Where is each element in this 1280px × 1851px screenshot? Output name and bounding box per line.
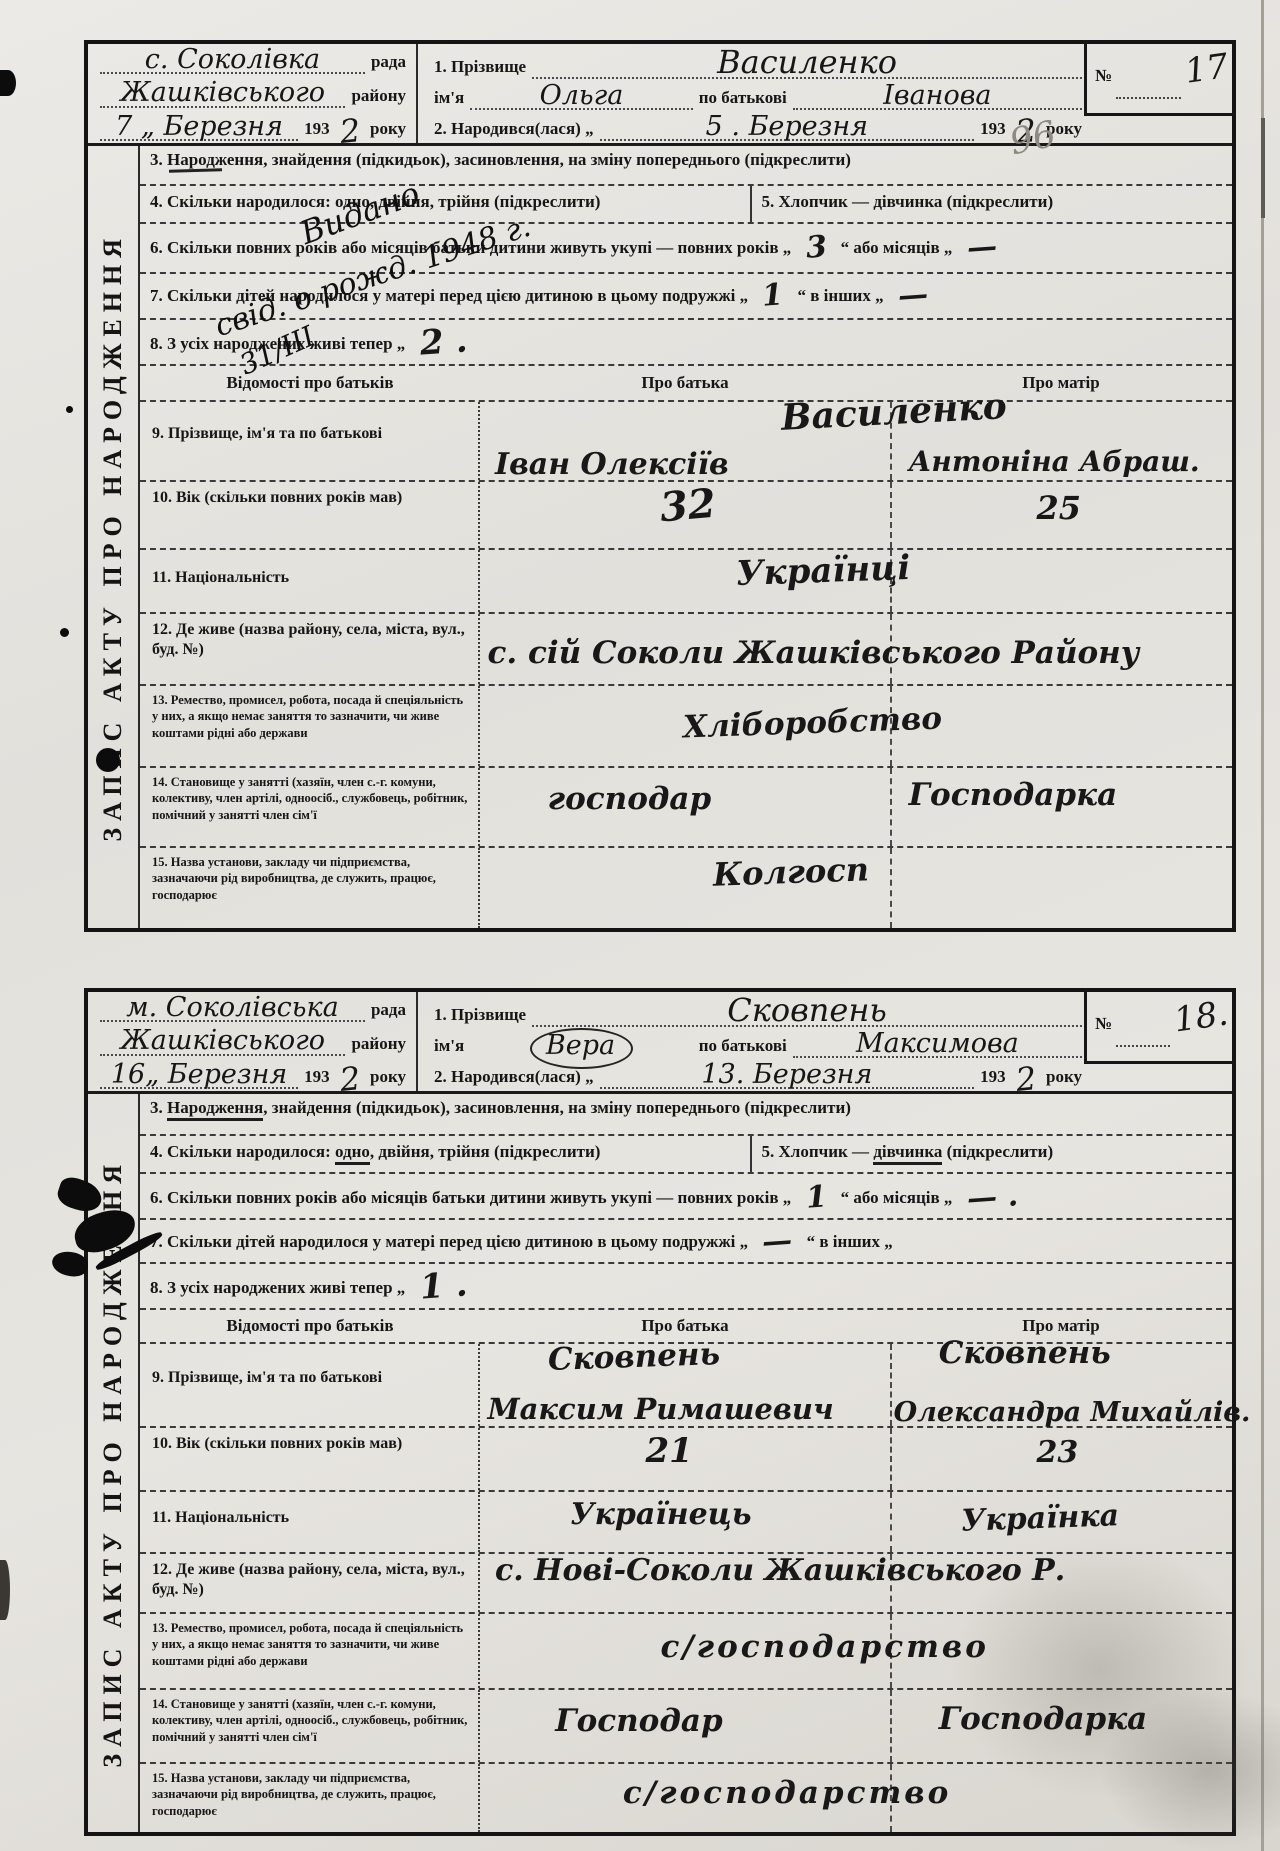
row4-rest: , двійня, трійня (підкреслити) xyxy=(370,1142,601,1161)
row6-months-handwritten: — . xyxy=(966,1188,1018,1207)
row3-num: 3. xyxy=(150,150,163,169)
row-5-boy-girl: 5. Хлопчик — дівчинка (підкреслити) xyxy=(752,1136,1232,1172)
row-3-birth-type: 3. Народження, знайдення (підкидьок), за… xyxy=(140,146,1232,186)
surname-label: 1. Прізвище xyxy=(434,1005,526,1027)
form-rows: 3. Народження, знайдення (підкидьок), за… xyxy=(140,1094,1232,1832)
row14-values: господар Господарка xyxy=(480,768,1232,846)
record-number-box: № 17 xyxy=(1084,40,1236,116)
parents-info-header: Відомості про батьків xyxy=(140,1316,480,1336)
dotted-line xyxy=(1116,1002,1170,1048)
row6-pre: 6. Скільки повних років або місяців бать… xyxy=(150,1188,791,1207)
row5-pre: 5. Хлопчик — xyxy=(762,192,870,211)
mother-position-handwritten: Господарка xyxy=(909,780,1118,811)
mother-name-handwritten: Антоніна Абраш. xyxy=(909,448,1200,476)
row7-this-marriage-handwritten: 1 xyxy=(762,287,784,303)
row5-rest: (підкреслити) xyxy=(947,1142,1053,1161)
row15-values: Колгосп xyxy=(480,848,1232,928)
surname-label: 1. Прізвище xyxy=(434,57,526,79)
row-5-boy-girl: 5. Хлопчик — дівчинка (підкреслити) xyxy=(752,186,1232,222)
row7-pre: 7. Скільки дітей народилося у матері пер… xyxy=(150,1232,748,1251)
row6-months-handwritten: — xyxy=(966,239,997,256)
row-4-how-many-born: 4. Скільки народилося: одно, двійня, трі… xyxy=(140,186,752,222)
row9-values: Сковпень Максим Римашевич Сковпень Олекс… xyxy=(480,1344,1232,1426)
row13-label: 13. Ремество, промисел, робота, посада й… xyxy=(140,1614,480,1688)
row-15-institution: 15. Назва установи, закладу чи підприємс… xyxy=(140,848,1232,928)
row-10-age: 10. Вік (скільки повних років мав) 32 25 xyxy=(140,482,1232,550)
edge-shadow xyxy=(0,1560,10,1620)
row6-mid: “ або місяців „ xyxy=(841,238,953,257)
row8-alive-handwritten: 2 . xyxy=(419,332,467,352)
row15-label: 15. Назва установи, закладу чи підприємс… xyxy=(140,848,480,928)
father-age-handwritten: 21 xyxy=(645,1434,692,1468)
year-digit-handwritten: 2 xyxy=(1015,1069,1037,1090)
page-edge-line xyxy=(1261,0,1264,1851)
row9-label: 9. Прізвище, ім'я та по батькові xyxy=(140,1344,480,1426)
roku-label: року xyxy=(370,1067,406,1089)
row-8-alive-now: 8. З усіх народжених живі тепер „ 1 . xyxy=(140,1264,1232,1310)
about-mother-header: Про матір xyxy=(890,1316,1232,1336)
registration-date-handwritten: 16„ Березня xyxy=(100,1063,298,1089)
row9-values: Василенко Іван Олексіїв Антоніна Абраш. xyxy=(480,402,1232,480)
row5-word: дівчинка xyxy=(873,192,942,211)
row-4-how-many-born: 4. Скільки народилося: одно, двійня, трі… xyxy=(140,1136,752,1172)
side-title-strip: ЗАПИС АКТУ ПРО НАРОДЖЕННЯ xyxy=(88,146,140,928)
roku-label: року xyxy=(1046,1067,1082,1089)
row4-rest: , двійня, трійня (підкреслити) xyxy=(370,192,601,211)
form-header: м. Соколівська рада Жашківського району … xyxy=(88,992,1232,1094)
row13-label: 13. Ремество, промисел, робота, посада й… xyxy=(140,686,480,766)
parents-surname-handwritten: Василенко xyxy=(780,388,1007,436)
row7-other-handwritten: — xyxy=(897,287,928,304)
parents-table-header: Відомості про батьків Про батька Про мат… xyxy=(140,366,1232,402)
row7-mid: “ в інших „ xyxy=(798,286,884,305)
row6-years-handwritten: 3 xyxy=(805,239,827,255)
number-sign: № xyxy=(1095,66,1112,88)
nationality-handwritten: Українці xyxy=(735,551,910,591)
mother-name-handwritten: Олександра Михайлів. xyxy=(894,1399,1251,1426)
row-8-alive-now: 8. З усіх народжених живі тепер „ 2 . xyxy=(140,320,1232,366)
row9-label: 9. Прізвище, ім'я та по батькові xyxy=(140,402,480,480)
row-9-parent-names: 9. Прізвище, ім'я та по батькові Василен… xyxy=(140,402,1232,482)
form-header: с. Соколівка рада Жашківського району 7 … xyxy=(88,44,1232,146)
year-printed: 193 xyxy=(980,119,1006,141)
row8-alive-handwritten: 1 . xyxy=(419,1276,467,1296)
row-10-age: 10. Вік (скільки повних років мав) 21 23 xyxy=(140,1428,1232,1492)
row10-values: 32 25 xyxy=(480,482,1232,548)
patronymic-label: по батькові xyxy=(699,1036,787,1058)
father-surname-handwritten: Сковпень xyxy=(547,1339,720,1376)
occupation-handwritten: с/господарство xyxy=(660,1632,988,1663)
row14-label: 14. Становище у занятті (хазяїн, член с.… xyxy=(140,768,480,846)
rada-label: рада xyxy=(371,52,406,74)
row5-rest: (підкреслити) xyxy=(947,192,1053,211)
council-handwritten: с. Соколівка xyxy=(100,48,365,74)
row-4-5: 4. Скільки народилося: одно, двійня, трі… xyxy=(140,1136,1232,1174)
year-printed: 193 xyxy=(304,1067,330,1089)
district-handwritten: Жашківського xyxy=(100,81,345,107)
row-6-years-together: 6. Скільки повних років або місяців бать… xyxy=(140,1174,1232,1220)
row11-values: Українці xyxy=(480,550,1232,612)
birth-record-form-18: № 18. м. Соколівська рада Жашківського р… xyxy=(84,988,1236,1836)
mother-position-handwritten: Господарка xyxy=(939,1704,1148,1735)
row7-pre: 7. Скільки дітей народилося у матері пер… xyxy=(150,286,748,305)
roku-label: року xyxy=(370,119,406,141)
council-handwritten: м. Соколівська xyxy=(100,996,365,1022)
rada-label: рада xyxy=(371,1000,406,1022)
born-label: 2. Народився(лася) „ xyxy=(434,1067,594,1089)
record-number-value: 18. xyxy=(1171,993,1230,1040)
child-patronymic-handwritten: Іванова xyxy=(793,84,1082,110)
row6-mid: “ або місяців „ xyxy=(841,1188,953,1207)
mother-nationality-handwritten: Українка xyxy=(961,1501,1120,1536)
year-digit-handwritten: 2 xyxy=(339,121,361,142)
row-9-parent-names: 9. Прізвище, ім'я та по батькові Сковпен… xyxy=(140,1344,1232,1428)
row5-pre: 5. Хлопчик — xyxy=(762,1142,870,1161)
about-father-header: Про батька xyxy=(480,1316,890,1336)
row-6-years-together: 6. Скільки повних років або місяців бать… xyxy=(140,224,1232,274)
ink-speck xyxy=(66,406,73,413)
row10-label: 10. Вік (скільки повних років мав) xyxy=(140,1428,480,1490)
header-council-block: м. Соколівська рада Жашківського району … xyxy=(88,992,418,1091)
dotted-line xyxy=(1116,54,1181,100)
child-name-handwritten: Ольга xyxy=(470,84,693,110)
row10-values: 21 23 xyxy=(480,1428,1232,1490)
row6-years-handwritten: 1 xyxy=(805,1189,827,1205)
form-body: ЗАПИС АКТУ ПРО НАРОДЖЕННЯ 3. Народження,… xyxy=(88,146,1232,928)
row-4-5: 4. Скільки народилося: одно, двійня, трі… xyxy=(140,186,1232,224)
number-sign: № xyxy=(1095,1014,1112,1036)
child-surname-handwritten: Василенко xyxy=(532,48,1082,79)
row3-underlined-word: Народження xyxy=(167,1098,263,1121)
residence-handwritten: с. сій Соколи Жашківського Району xyxy=(488,638,1140,669)
row-7-children-before: 7. Скільки дітей народилося у матері пер… xyxy=(140,274,1232,320)
row-3-birth-type: 3. Народження, знайдення (підкидьок), за… xyxy=(140,1094,1232,1136)
mother-age-handwritten: 23 xyxy=(1036,1438,1078,1468)
record-number-box: № 18. xyxy=(1084,988,1236,1064)
father-nationality-handwritten: Українець xyxy=(570,1500,751,1530)
father-position-handwritten: господар xyxy=(548,784,712,815)
born-label: 2. Народився(лася) „ xyxy=(434,119,594,141)
father-position-handwritten: Господар xyxy=(555,1706,723,1737)
year-printed: 193 xyxy=(980,1067,1006,1089)
father-age-handwritten: 32 xyxy=(659,484,718,529)
row6-pre: 6. Скільки повних років або місяців бать… xyxy=(150,238,791,257)
record-number-value: 17 xyxy=(1182,46,1230,92)
district-handwritten: Жашківського xyxy=(100,1029,345,1055)
residence-handwritten: с. Нові-Соколи Жашківського Р. xyxy=(495,1556,1065,1586)
year-digit-handwritten: 2 xyxy=(339,1069,361,1090)
row11-label: 11. Національність xyxy=(140,550,480,612)
row3-rest: , знайдення (підкидьок), засиновлення, н… xyxy=(263,150,851,169)
row3-underlined-word: Народження xyxy=(167,150,263,169)
row-7-children-before: 7. Скільки дітей народилося у матері пер… xyxy=(140,1220,1232,1264)
row4-pre: 4. Скільки народилося: xyxy=(150,192,331,211)
district-label: району xyxy=(351,1034,406,1056)
row12-values: с. сій Соколи Жашківського Району xyxy=(480,614,1232,684)
row-14-position: 14. Становище у занятті (хазяїн, член с.… xyxy=(140,768,1232,848)
row11-label: 11. Національність xyxy=(140,1492,480,1552)
page-edge-shadow xyxy=(1261,118,1265,218)
name-label: ім'я xyxy=(434,1036,464,1058)
patronymic-label: по батькові xyxy=(699,88,787,110)
ink-blob xyxy=(96,748,120,772)
birth-date-handwritten: 5 . Березня xyxy=(600,115,975,141)
mother-age-handwritten: 25 xyxy=(1036,492,1081,524)
child-surname-handwritten: Сковпень xyxy=(532,996,1082,1027)
year-printed: 193 xyxy=(304,119,330,141)
child-patronymic-handwritten: Максимова xyxy=(793,1032,1082,1058)
parents-info-header: Відомості про батьків xyxy=(140,373,480,393)
row10-label: 10. Вік (скільки повних років мав) xyxy=(140,482,480,548)
row4-word: одно xyxy=(335,1142,370,1165)
row8-pre: 8. З усіх народжених живі тепер „ xyxy=(150,334,405,353)
form-body: ЗАПИС АКТУ ПРО НАРОДЖЕННЯ 3. Народження,… xyxy=(88,1094,1232,1832)
ink-speck xyxy=(60,628,69,637)
row3-num: 3. xyxy=(150,1098,163,1117)
header-council-block: с. Соколівка рада Жашківського району 7 … xyxy=(88,44,418,143)
institution-handwritten: с/господарство xyxy=(623,1778,951,1809)
row3-rest: , знайдення (підкидьок), засиновлення, н… xyxy=(263,1098,851,1117)
row14-label: 14. Становище у занятті (хазяїн, член с.… xyxy=(140,1690,480,1762)
row4-pre: 4. Скільки народилося: xyxy=(150,1142,331,1161)
father-name-handwritten: Іван Олексіїв xyxy=(495,450,729,480)
row-12-residence: 12. Де живе (назва району, села, міста, … xyxy=(140,614,1232,686)
row12-label: 12. Де живе (назва району, села, міста, … xyxy=(140,1554,480,1612)
birth-date-handwritten: 13. Березня xyxy=(600,1063,975,1089)
registration-date-handwritten: 7 „ Березня xyxy=(100,115,298,141)
row12-label: 12. Де живе (назва району, села, міста, … xyxy=(140,614,480,684)
row7-mid: “ в інших „ xyxy=(807,1232,893,1251)
child-name-handwritten: Вера xyxy=(470,1034,693,1058)
form-rows: 3. Народження, знайдення (підкидьок), за… xyxy=(140,146,1232,928)
row4-word: одно xyxy=(335,192,370,211)
district-label: району xyxy=(351,86,406,108)
father-name-handwritten: Максим Римашевич xyxy=(488,1395,834,1424)
mother-surname-handwritten: Сковпень xyxy=(939,1338,1111,1369)
row7-this-marriage-handwritten: — xyxy=(762,1233,793,1250)
row15-label: 15. Назва установи, закладу чи підприємс… xyxy=(140,1764,480,1832)
row8-pre: 8. З усіх народжених живі тепер „ xyxy=(150,1278,405,1297)
scanned-birth-register-page: № 17 с. Соколівка рада Жашківського райо… xyxy=(0,0,1280,1851)
name-label: ім'я xyxy=(434,88,464,110)
edge-mark xyxy=(0,70,16,96)
row5-word: дівчинка xyxy=(873,1142,942,1165)
birth-record-form-17: № 17 с. Соколівка рада Жашківського райо… xyxy=(84,40,1236,932)
institution-handwritten: Колгосп xyxy=(713,853,870,890)
about-father-header: Про батька xyxy=(480,373,890,393)
row13-values: Хліборобство xyxy=(480,686,1232,766)
row-11-nationality: 11. Національність Українці xyxy=(140,550,1232,614)
row-13-occupation: 13. Ремество, промисел, робота, посада й… xyxy=(140,686,1232,768)
occupation-handwritten: Хліборобство xyxy=(683,703,943,743)
